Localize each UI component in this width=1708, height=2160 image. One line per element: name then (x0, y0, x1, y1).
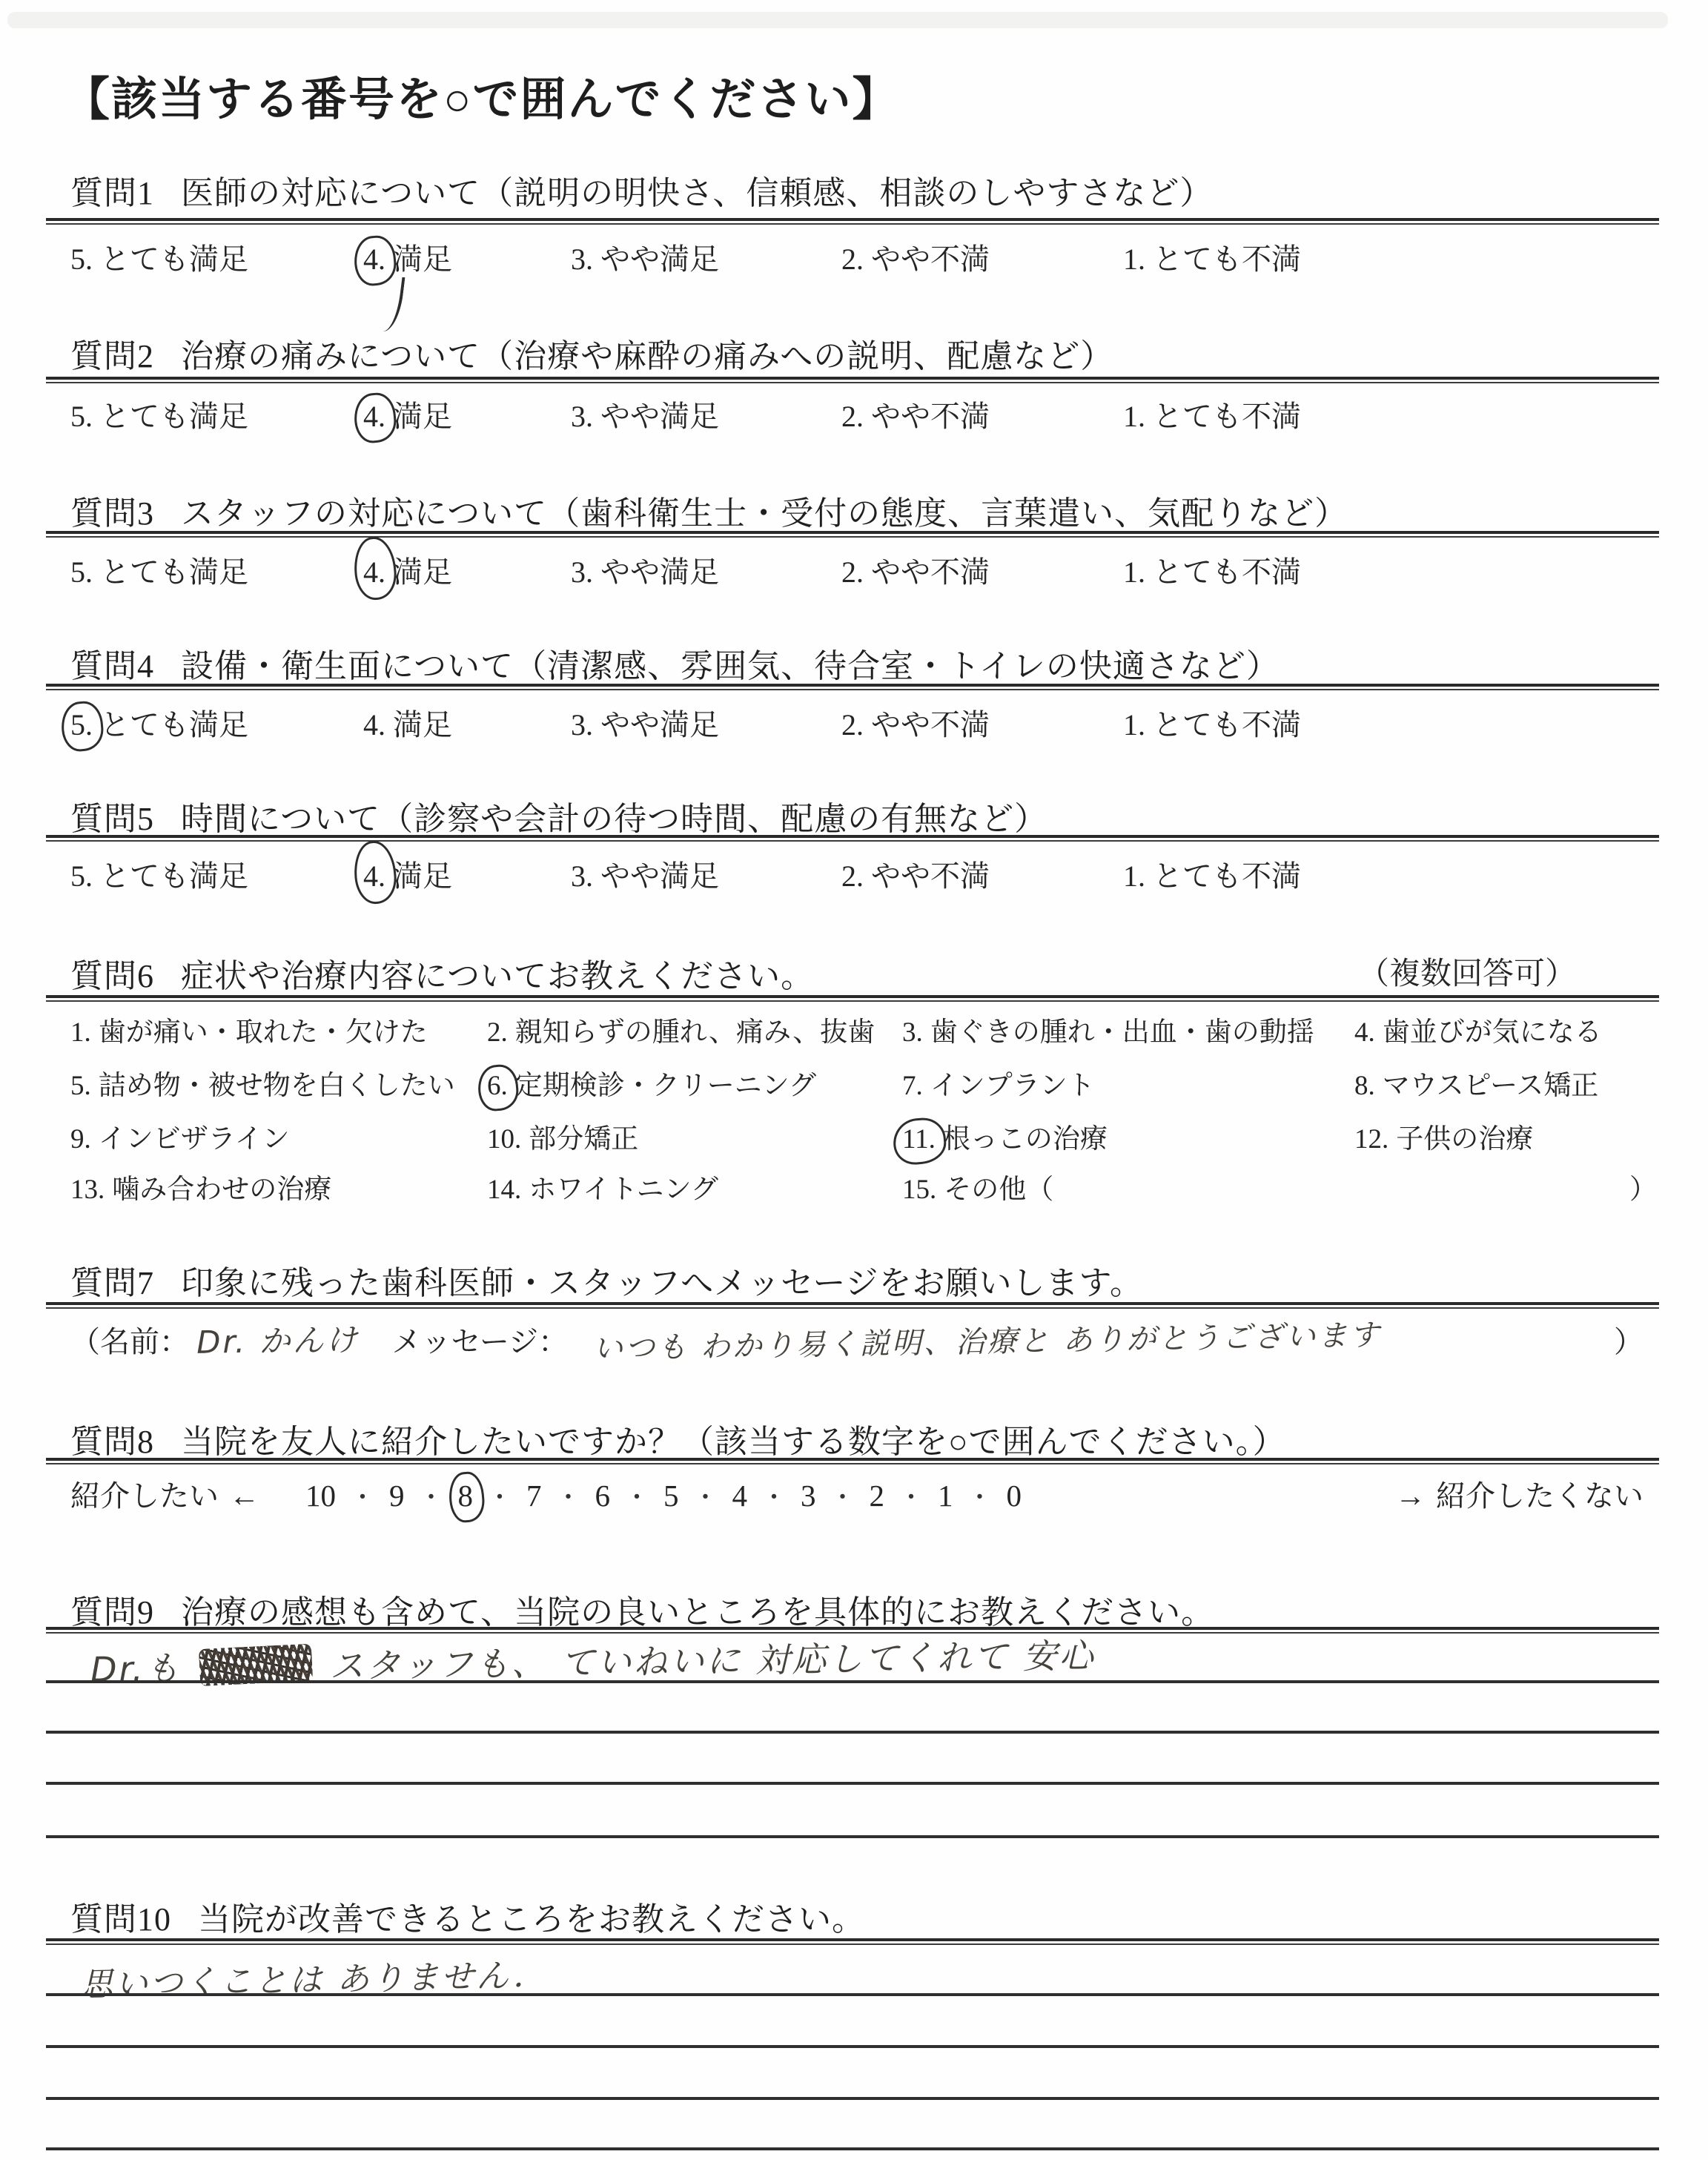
option: 3.やや満足 (571, 701, 841, 744)
question-8-scale: 紹介したい ← 10・ 9・ 8・ 7・ 6・ 5・ 4・ 3・ 2・ 1・ 0… (70, 1473, 1644, 1515)
circled-scale-number: 8 (458, 1478, 474, 1513)
rule-under-question-7 (46, 1302, 1659, 1309)
question-4-options: 5.とても満足 4.満足 3.やや満足 2.やや不満 1.とても不満 (70, 701, 1657, 744)
option-label: 満足 (393, 400, 452, 433)
option-number: 3. (902, 1017, 923, 1048)
option-label: 満足 (393, 555, 452, 589)
option-label: とても満足 (100, 555, 248, 589)
option-number: 5. (70, 1071, 91, 1102)
option-number: 2. (841, 399, 864, 434)
rule-under-question-10 (46, 1938, 1659, 1945)
scale-number: 7 (526, 1478, 542, 1513)
question-8-label: 質問8 (70, 1424, 154, 1460)
close-paren: ） (1614, 1318, 1644, 1361)
option-number: 3. (571, 242, 593, 277)
option-label: 部分矯正 (529, 1124, 638, 1155)
option: 5.とても満足 (70, 701, 363, 744)
answer-line (46, 2147, 1659, 2150)
dot-separator: ・ (830, 1477, 855, 1513)
page-title: 【該当する番号を○で囲んでください】 (64, 62, 899, 128)
option-label: 歯が痛い・取れた・欠けた (99, 1017, 428, 1048)
question-6-label: 質問6 (70, 958, 154, 994)
option-number: 3. (571, 555, 593, 589)
option-label: 歯並びが気になる (1383, 1017, 1602, 1048)
scale-number: 3 (801, 1478, 816, 1513)
option-number: 3. (571, 859, 593, 894)
option: 1.とても不満 (1123, 393, 1657, 435)
option-label: とても不満 (1153, 708, 1301, 742)
option: 15.その他（ (902, 1175, 1053, 1206)
option-label: その他（ (944, 1175, 1053, 1205)
option-label: 子供の治療 (1396, 1124, 1533, 1155)
left-arrow: ← (229, 1478, 259, 1513)
question-3-label: 質問3 (70, 495, 154, 532)
option: 2.やや不満 (841, 701, 1123, 744)
question-6-options: 1.歯が痛い・取れた・欠けた 2.親知らずの腫れ、痛み、抜歯 3.歯ぐきの腫れ・… (70, 1017, 1657, 1155)
option-label: やや満足 (600, 708, 719, 742)
option-label: とても満足 (100, 708, 248, 742)
question-5-topic: 時間について（診察や会計の待つ時間、配慮の有無など） (181, 801, 1047, 837)
option-label: 親知らずの腫れ、痛み、抜歯 (515, 1017, 875, 1048)
question-1-title: 質問1医師の対応について（説明の明快さ、信頼感、相談のしやすさなど） (70, 166, 1213, 214)
option-label: やや満足 (600, 555, 719, 589)
dot-separator: ・ (761, 1477, 787, 1513)
option-label: インプラント (930, 1071, 1095, 1101)
circled-number: 4. (363, 242, 385, 277)
question-8-title: 質問8当院を友人に紹介したいですか？（該当する数字を○で囲んでください。） (70, 1415, 1286, 1462)
scale-number: 1 (938, 1478, 953, 1513)
rule-under-question-5 (46, 835, 1659, 842)
dot-separator: ・ (624, 1477, 649, 1513)
option-number: 14. (487, 1175, 521, 1206)
option-number: 1. (1123, 555, 1145, 589)
question-2-options: 5.とても満足 4.満足 3.やや満足 2.やや不満 1.とても不満 (70, 393, 1657, 435)
option-number: 2. (841, 242, 864, 277)
option: 5.とても満足 (70, 853, 363, 895)
recommend-label: 紹介したい (70, 1473, 219, 1515)
question-3-options: 5.とても満足 4.満足 3.やや満足 2.やや不満 1.とても不満 (70, 549, 1657, 591)
option: 4.歯並びが気になる (1354, 1017, 1657, 1048)
circled-number: 6. (487, 1071, 508, 1102)
option: 7.インプラント (902, 1071, 1354, 1102)
option: 1.とても不満 (1123, 236, 1657, 278)
dot-separator: ・ (556, 1477, 581, 1513)
option-label: とても不満 (1153, 555, 1301, 589)
question-7-answer-line: （名前： Dr. かんけ メッセージ： いつも わかり易く説明、治療と ありがと… (70, 1317, 1644, 1361)
question-2-topic: 治療の痛みについて（治療や麻酔の痛みへの説明、配慮など） (181, 338, 1113, 374)
option-label: 根っこの治療 (943, 1124, 1108, 1155)
option-number: 5. (70, 242, 93, 277)
option: 2.親知らずの腫れ、痛み、抜歯 (487, 1017, 902, 1048)
question-10-handwritten-answer: 思いつくことは ありません． (79, 1948, 548, 2005)
option: 2.やや不満 (841, 549, 1123, 591)
option-label: とても不満 (1153, 242, 1301, 276)
question-6-options-row-4: 13.噛み合わせの治療 14.ホワイトニング 15.その他（ ） (70, 1175, 1657, 1206)
option-number: 2. (841, 555, 864, 589)
question-4-label: 質問4 (70, 648, 154, 684)
option: 4.満足 (363, 701, 571, 744)
option-number: 1. (1123, 859, 1145, 894)
answer-line (46, 1680, 1659, 1683)
scale-number: 9 (389, 1478, 405, 1513)
option-label: マウスピース矯正 (1383, 1071, 1599, 1101)
option-number: 2. (841, 859, 864, 894)
circled-number: 4. (363, 555, 385, 589)
question-8-topic: 当院を友人に紹介したいですか？（該当する数字を○で囲んでください。） (181, 1424, 1286, 1460)
question-4-topic: 設備・衛生面について（清潔感、雰囲気、待合室・トイレの快適さなど） (181, 648, 1280, 684)
question-10-label: 質問10 (70, 1901, 171, 1938)
option-label: 定期検診・クリーニング (515, 1071, 816, 1101)
option-number: 5. (70, 555, 93, 589)
question-2-title: 質問2治療の痛みについて（治療や麻酔の痛みへの説明、配慮など） (70, 329, 1113, 377)
option: 2.やや不満 (841, 853, 1123, 895)
question-10-topic: 当院が改善できるところをお教えください。 (198, 1901, 865, 1938)
option: 3.歯ぐきの腫れ・出血・歯の動揺 (902, 1017, 1354, 1048)
question-4-title: 質問4設備・衛生面について（清潔感、雰囲気、待合室・トイレの快適さなど） (70, 639, 1280, 687)
option: 1.とても不満 (1123, 853, 1657, 895)
option-number: 7. (902, 1071, 923, 1102)
option: 1.歯が痛い・取れた・欠けた (70, 1017, 487, 1048)
option-number: 1. (1123, 399, 1145, 434)
circled-number: 4. (363, 859, 385, 894)
scan-artifact-band (7, 12, 1668, 28)
handwritten-message: いつも わかり易く説明、治療と ありがとうございます (593, 1312, 1382, 1368)
dot-separator: ・ (487, 1477, 512, 1513)
option: 8.マウスピース矯正 (1354, 1071, 1657, 1102)
option: 5.とても満足 (70, 393, 363, 435)
question-9-title: 質問9治療の感想も含めて、当院の良いところを具体的にお教えください。 (70, 1585, 1214, 1633)
rule-under-question-1 (46, 218, 1659, 225)
option: 4.満足 (363, 393, 571, 435)
option: 3.やや満足 (571, 393, 841, 435)
option: 5.詰め物・被せ物を白くしたい (70, 1071, 487, 1102)
option: 2.やや不満 (841, 393, 1123, 435)
option-number: 4. (1354, 1017, 1375, 1048)
question-9-topic: 治療の感想も含めて、当院の良いところを具体的にお教えください。 (181, 1594, 1214, 1631)
option: 5.とても満足 (70, 549, 363, 591)
option: 14.ホワイトニング (487, 1175, 902, 1206)
option-label: とても満足 (100, 859, 248, 893)
option: 9.インビザライン (70, 1124, 487, 1155)
option-number: 3. (571, 399, 593, 434)
question-9-label: 質問9 (70, 1594, 154, 1631)
option-number: 2. (487, 1017, 508, 1048)
circled-number: 4. (363, 399, 385, 434)
answer-line (46, 1731, 1659, 1734)
option-label: 満足 (393, 242, 452, 276)
option-number: 5. (70, 399, 93, 434)
scale-number: 5 (663, 1478, 679, 1513)
option-label: 満足 (393, 708, 452, 742)
option: 13.噛み合わせの治療 (70, 1175, 487, 1206)
option-number: 4. (363, 707, 385, 742)
option-number: 9. (70, 1124, 91, 1155)
scale-number: 10 (305, 1478, 336, 1513)
option-label: とても満足 (100, 400, 248, 433)
question-6-title: 質問6症状や治療内容についてお教えください。 (70, 949, 814, 997)
dot-separator: ・ (350, 1477, 375, 1513)
option-number: 3. (571, 707, 593, 742)
rule-under-question-3 (46, 531, 1659, 538)
multiple-answers-note: （複数回答可） (1358, 949, 1576, 994)
rule-under-question-4 (46, 684, 1659, 690)
option: 3.やや満足 (571, 853, 841, 895)
right-arrow: → (1395, 1478, 1426, 1513)
not-recommend-label: 紹介したくない (1436, 1473, 1644, 1515)
option: 3.やや満足 (571, 236, 841, 278)
option-label: やや不満 (871, 708, 990, 742)
option-label: やや不満 (871, 242, 990, 276)
option-number: 15. (902, 1175, 936, 1206)
option-label: やや不満 (871, 400, 990, 433)
option-number: 1. (1123, 242, 1145, 277)
question-5-options: 5.とても満足 4.満足 3.やや満足 2.やや不満 1.とても不満 (70, 853, 1657, 895)
answer-line (46, 1835, 1659, 1838)
rule-under-question-6 (46, 995, 1659, 1002)
option-number: 5. (70, 859, 93, 894)
option-label: 噛み合わせの治療 (112, 1175, 331, 1205)
answer-line (46, 1782, 1659, 1785)
option: 1.とても不満 (1123, 701, 1657, 744)
option-label: やや不満 (871, 859, 990, 893)
question-5-label: 質問5 (70, 801, 154, 837)
scale-number: 0 (1007, 1478, 1022, 1513)
dot-separator: ・ (693, 1477, 718, 1513)
option-other: 15.その他（ ） (902, 1175, 1657, 1206)
option: 2.やや不満 (841, 236, 1123, 278)
answer-part-2: スタッフも、 ていねいに 対応してくれて 安心 (329, 1629, 1096, 1688)
answer-line (46, 1993, 1659, 1996)
option-label: ホワイトニング (529, 1175, 718, 1205)
question-6-topic: 症状や治療内容についてお教えください。 (181, 958, 814, 994)
answer-line (46, 2097, 1659, 2100)
option: 4.満足 (363, 549, 571, 591)
option-number: 1. (70, 1017, 91, 1048)
question-1-options: 5.とても満足 4.満足 3.やや満足 2.やや不満 1.とても不満 (70, 236, 1657, 278)
answer-line (46, 2045, 1659, 2048)
question-1-topic: 医師の対応について（説明の明快さ、信頼感、相談のしやすさなど） (181, 175, 1213, 211)
question-10-title: 質問10当院が改善できるところをお教えください。 (70, 1892, 865, 1940)
option: 3.やや満足 (571, 549, 841, 591)
option-number: 10. (487, 1124, 521, 1155)
scanned-survey-page: 【該当する番号を○で囲んでください】 質問1医師の対応について（説明の明快さ、信… (0, 0, 1708, 2160)
option: 6.定期検診・クリーニング (487, 1071, 902, 1102)
option: 12.子供の治療 (1354, 1124, 1657, 1155)
option-label: やや不満 (871, 555, 990, 589)
option-label: やや満足 (600, 400, 719, 433)
option: 4.満足 (363, 853, 571, 895)
dot-separator: ・ (419, 1477, 444, 1513)
option-label: とても不満 (1153, 859, 1301, 893)
question-2-label: 質問2 (70, 338, 154, 374)
rule-under-question-2 (46, 377, 1659, 383)
option-number: 2. (841, 707, 864, 742)
option-label: 満足 (393, 859, 452, 893)
option: 5.とても満足 (70, 236, 363, 278)
option-number: 12. (1354, 1124, 1388, 1155)
option-number: 8. (1354, 1071, 1375, 1102)
question-5-title: 質問5時間について（診察や会計の待つ時間、配慮の有無など） (70, 792, 1047, 839)
dot-separator: ・ (967, 1477, 993, 1513)
name-prefix: （名前： (70, 1318, 189, 1361)
question-7-title: 質問7印象に残った歯科医師・スタッフへメッセージをお願いします。 (70, 1256, 1143, 1304)
question-7-topic: 印象に残った歯科医師・スタッフへメッセージをお願いします。 (181, 1265, 1143, 1301)
option-label: とても満足 (100, 242, 248, 276)
circled-number: 5. (70, 707, 93, 742)
option: 4.満足 (363, 236, 571, 278)
answer-part-1: Dr.も (90, 1642, 182, 1692)
question-7-label: 質問7 (70, 1265, 154, 1301)
question-3-title: 質問3スタッフの対応について（歯科衛生士・受付の態度、言葉遣い、気配りなど） (70, 486, 1348, 534)
option: 1.とても不満 (1123, 549, 1657, 591)
question-1-label: 質問1 (70, 175, 154, 211)
option-label: とても不満 (1153, 400, 1301, 433)
dot-separator: ・ (898, 1477, 924, 1513)
option-label: やや満足 (600, 859, 719, 893)
option-label: やや満足 (600, 242, 719, 276)
option-number: 1. (1123, 707, 1145, 742)
scale-number: 4 (732, 1478, 748, 1513)
rule-under-question-8 (46, 1458, 1659, 1464)
circled-number: 11. (902, 1124, 936, 1155)
message-prefix: メッセージ： (391, 1318, 568, 1361)
handwritten-name: Dr. かんけ (196, 1315, 359, 1363)
option: 10.部分矯正 (487, 1124, 902, 1155)
option: 11.根っこの治療 (902, 1124, 1354, 1155)
scale-number: 2 (870, 1478, 885, 1513)
scale-number: 6 (595, 1478, 611, 1513)
option-label: 詰め物・被せ物を白くしたい (99, 1071, 455, 1101)
option-label: インビザライン (99, 1124, 290, 1155)
other-close-paren: ） (1629, 1175, 1657, 1206)
option-label: 歯ぐきの腫れ・出血・歯の動揺 (930, 1017, 1314, 1048)
question-3-topic: スタッフの対応について（歯科衛生士・受付の態度、言葉遣い、気配りなど） (181, 495, 1348, 532)
option-number: 13. (70, 1175, 105, 1206)
